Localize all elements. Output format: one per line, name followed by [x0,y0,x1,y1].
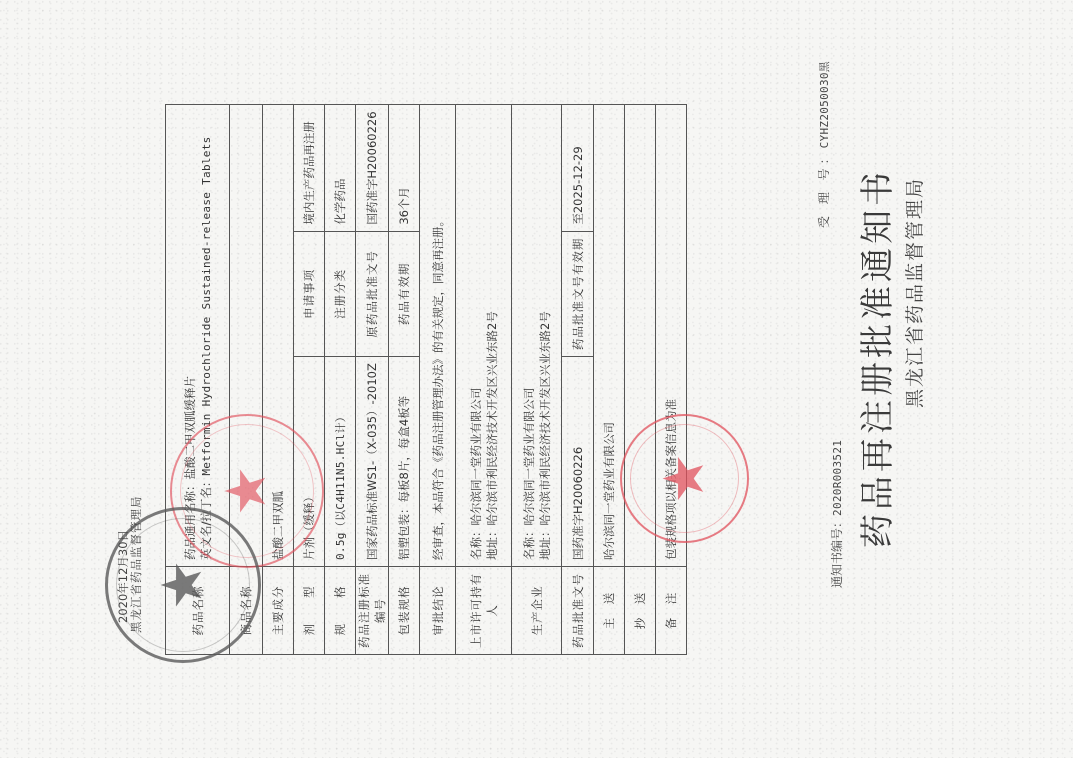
label-trade-name: 商品名称 [230,567,263,655]
value-dosage-form: 片剂（缓释） [294,357,325,567]
row-approval-no: 药品批准文号国药准字H20060226药品批准文号有效期至2025-12-29 [562,105,594,655]
value-conclusion: 经审查，本品符合《药品注册管理办法》的有关规定，同意再注册。 [420,105,456,567]
row-standard-no: 药品注册标准编号国家药品标准WS1-（X-035）-2010Z原药品批准文号国药… [356,105,389,655]
row-conclusion: 审批结论经审查，本品符合《药品注册管理办法》的有关规定，同意再注册。 [420,105,456,655]
row-dosage-form: 剂 型片剂（缓释）申请事项境内生产药品再注册 [294,105,325,655]
value-approval-no: 国药准字H20060226 [562,357,594,567]
value-application-item: 境内生产药品再注册 [294,105,325,231]
label-approval-no: 药品批准文号 [562,567,594,655]
generic-name-label: 药品通用名称： [183,480,197,561]
mah-address-label: 地址： [485,526,499,561]
label-approval-validity: 药品批准文号有效期 [562,231,594,357]
label-registration-category: 注册分类 [325,231,356,357]
value-drug-name: 药品通用名称：盐酸二甲双胍缓释片英文名/拉丁名：Metformin Hydroc… [166,105,230,567]
row-drug-name: 药品名称药品通用名称：盐酸二甲双胍缓释片英文名/拉丁名：Metformin Hy… [166,105,230,655]
manufacturer-name-label: 名称： [522,526,536,561]
manufacturer-address: 哈尔滨市利民经济技术开发区兴业东路2号 [538,311,552,525]
row-remarks: 备 注包装规格项以相关备案信息为准 [656,105,687,655]
label-manufacturer: 生产企业 [512,567,562,655]
value-registration-category: 化学药品 [325,105,356,231]
value-remarks: 包装规格项以相关备案信息为准 [656,105,687,567]
row-specification: 规 格0.5g（以C4H11N5.HCl计）注册分类化学药品 [325,105,356,655]
value-cc [625,105,656,567]
notice-number: 通知书编号：2020R003521 [828,440,845,588]
document-title: 药品再注册批准通知书 [850,168,899,548]
row-packaging: 包装规格铝塑包装：每板8片，每盒4板等药品有效期36个月 [389,105,420,655]
value-standard-no: 国家药品标准WS1-（X-035）-2010Z [356,357,389,567]
value-mah: 名称：哈尔滨同一堂药业有限公司地址：哈尔滨市利民经济技术开发区兴业东路2号 [456,105,512,567]
label-mah: 上市许可持有人 [456,567,512,655]
value-manufacturer: 名称：哈尔滨同一堂药业有限公司地址：哈尔滨市利民经济技术开发区兴业东路2号 [512,105,562,567]
row-trade-name: 商品名称 [230,105,263,655]
row-main-recipient: 主 送哈尔滨同一堂药业有限公司 [594,105,625,655]
mah-name-label: 名称： [469,526,483,561]
label-packaging: 包装规格 [389,567,420,655]
value-main-recipient: 哈尔滨同一堂药业有限公司 [594,105,625,567]
notice-number-value: 2020R003521 [831,440,844,516]
row-mah: 上市许可持有人名称：哈尔滨同一堂药业有限公司地址：哈尔滨市利民经济技术开发区兴业… [456,105,512,655]
acceptance-number: 受 理 号：CYHZ2050030黑 [815,61,832,228]
label-drug-name: 药品名称 [166,567,230,655]
label-shelf-life: 药品有效期 [389,231,420,357]
acceptance-number-value: CYHZ2050030黑 [818,61,831,148]
label-application-item: 申请事项 [294,231,325,357]
label-specification: 规 格 [325,567,356,655]
generic-name-value: 盐酸二甲双胍缓释片 [183,376,197,480]
label-standard-no: 药品注册标准编号 [356,567,389,655]
label-cc: 抄 送 [625,567,656,655]
value-approval-validity: 至2025-12-29 [562,105,594,231]
value-shelf-life: 36个月 [389,105,420,231]
english-name-value: Metformin Hydrochloride Sustained-releas… [200,136,213,475]
value-packaging: 铝塑包装：每板8片，每盒4板等 [389,357,420,567]
value-original-approval-no: 国药准字H20060226 [356,105,389,231]
label-conclusion: 审批结论 [420,567,456,655]
value-specification: 0.5g（以C4H11N5.HCl计） [325,357,356,567]
label-main-ingredient: 主要成分 [263,567,294,655]
row-manufacturer: 生产企业名称：哈尔滨同一堂药业有限公司地址：哈尔滨市利民经济技术开发区兴业东路2… [512,105,562,655]
label-dosage-form: 剂 型 [294,567,325,655]
issuing-authority: 黑龙江省药品监督管理局 [900,177,927,408]
mah-address: 哈尔滨市利民经济技术开发区兴业东路2号 [485,311,499,525]
seal-date: 2020年12月30日 [115,530,131,623]
label-main-recipient: 主 送 [594,567,625,655]
manufacturer-name: 哈尔滨同一堂药业有限公司 [522,388,536,526]
mah-name: 哈尔滨同一堂药业有限公司 [469,388,483,526]
approval-table: 药品名称药品通用名称：盐酸二甲双胍缓释片英文名/拉丁名：Metformin Hy… [165,104,687,655]
manufacturer-address-label: 地址： [538,526,552,561]
english-name-label: 英文名/拉丁名： [199,476,213,560]
label-original-approval-no: 原药品批准文号 [356,231,389,357]
row-cc: 抄 送 [625,105,656,655]
value-main-ingredient: 盐酸二甲双胍 [263,105,294,567]
row-main-ingredient: 主要成分盐酸二甲双胍 [263,105,294,655]
label-remarks: 备 注 [656,567,687,655]
value-trade-name [230,105,263,567]
notice-number-label: 通知书编号： [830,516,844,588]
acceptance-number-label: 受 理 号： [817,148,831,228]
notice-page: 黑龙江省药品监督管理局 药品再注册批准通知书 受 理 号：CYHZ2050030… [0,0,1073,758]
